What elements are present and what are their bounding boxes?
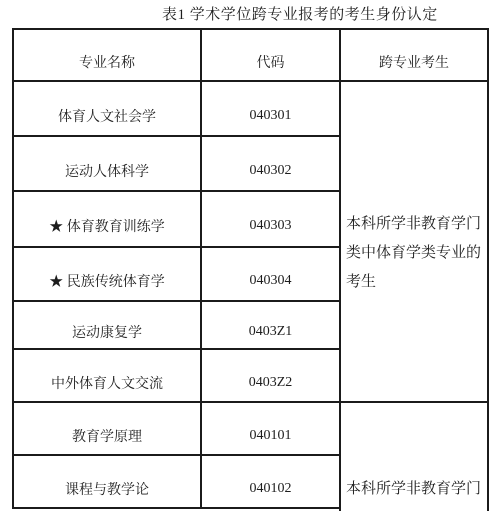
major-code-cell: 040303 <box>201 191 340 247</box>
major-code-cell: 040102 <box>201 455 340 508</box>
major-name-cell: 体育人文社会学 <box>13 81 201 136</box>
table-title: 表1 学术学位跨专业报考的考生身份认定 <box>162 3 438 24</box>
major-code-cell: 040301 <box>201 81 340 136</box>
major-name-cell: ★ 体育教育训练学 <box>13 191 201 247</box>
major-name-cell: 教育学原理 <box>13 402 201 455</box>
table-row: 体育人文社会学 040301 本科所学非教育学门类中体育学类专业的考生 <box>13 81 488 136</box>
header-row: 专业名称 代码 跨专业考生 <box>13 29 488 81</box>
column-header-cross-major: 跨专业考生 <box>340 29 488 81</box>
cross-major-note-education: 本科所学非教育学门 <box>340 402 488 511</box>
major-code-cell: 040302 <box>201 136 340 191</box>
cross-major-note-sports: 本科所学非教育学门类中体育学类专业的考生 <box>340 81 488 402</box>
document-page: 表1 学术学位跨专业报考的考生身份认定 专业名称 代码 跨专业考生 体育人文社会… <box>0 0 500 511</box>
major-code-cell: 040304 <box>201 247 340 301</box>
major-code-cell: 0403Z2 <box>201 349 340 402</box>
major-name-cell: 课程与教学论 <box>13 455 201 508</box>
major-name-cell: 运动康复学 <box>13 301 201 349</box>
major-code-cell: 040101 <box>201 402 340 455</box>
major-name-cell: 中外体育人文交流 <box>13 349 201 402</box>
column-header-major: 专业名称 <box>13 29 201 81</box>
table-row: 教育学原理 040101 本科所学非教育学门 <box>13 402 488 455</box>
column-header-code: 代码 <box>201 29 340 81</box>
major-name-cell: ★ 民族传统体育学 <box>13 247 201 301</box>
major-name-cell: 运动人体科学 <box>13 136 201 191</box>
identity-table: 专业名称 代码 跨专业考生 体育人文社会学 040301 本科所学非教育学门类中… <box>12 28 489 511</box>
major-code-cell: 0403Z1 <box>201 301 340 349</box>
